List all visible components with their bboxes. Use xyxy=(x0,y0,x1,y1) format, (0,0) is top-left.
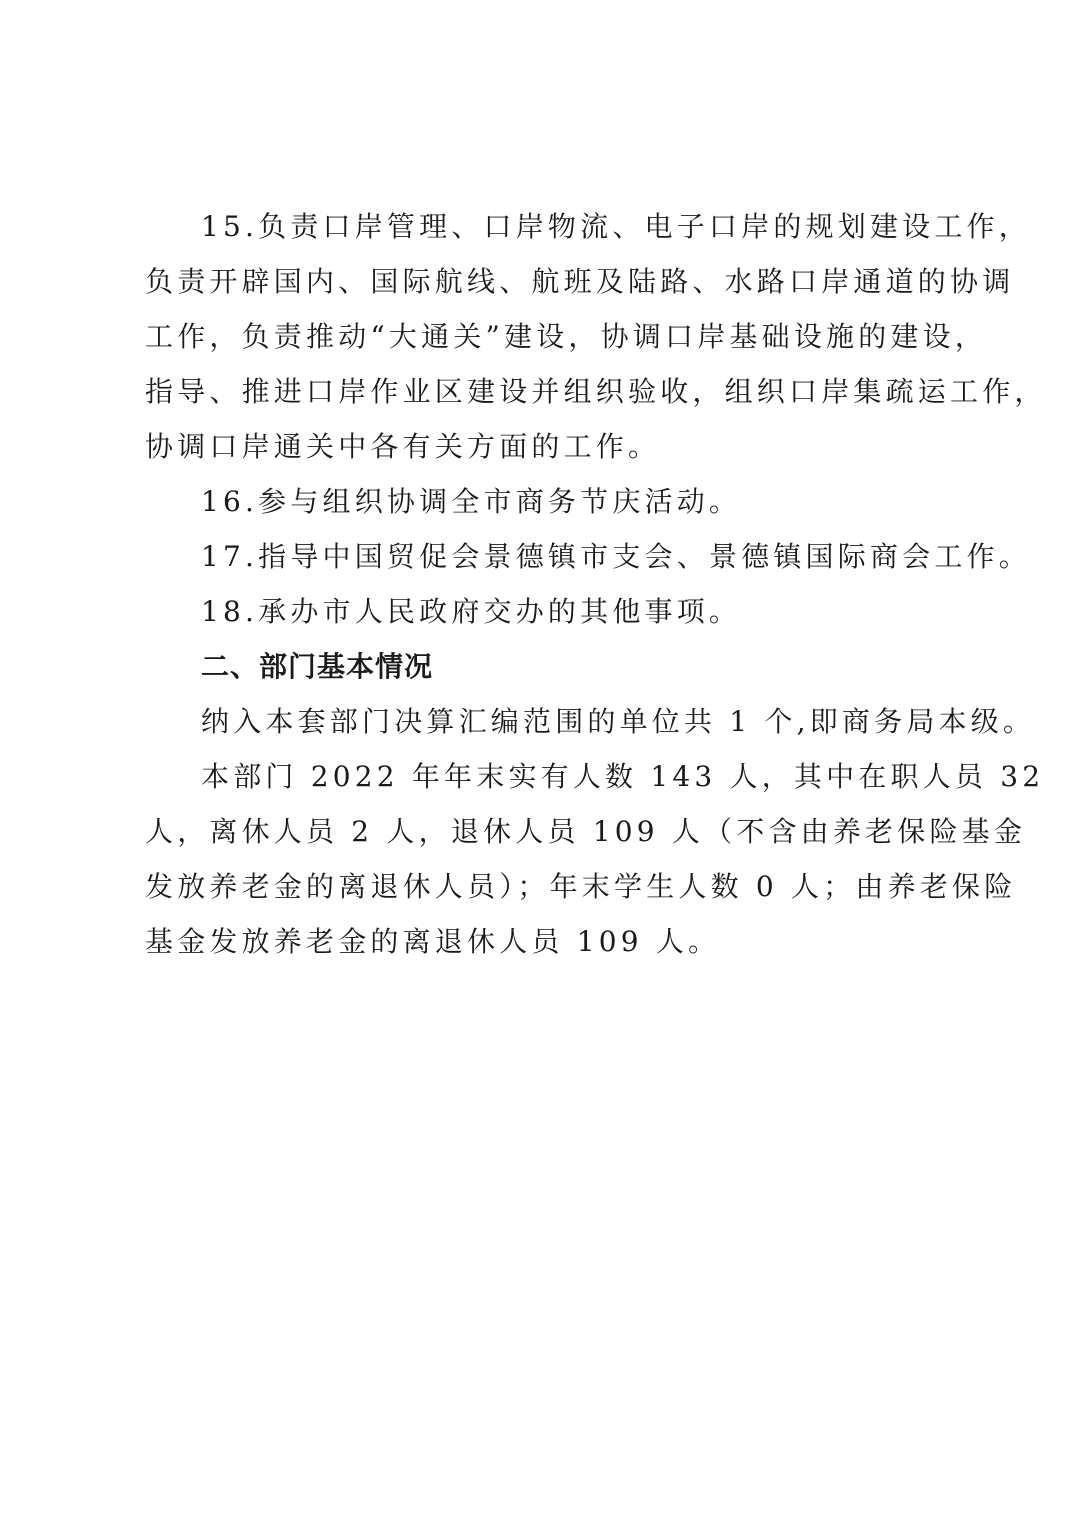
paragraph-staff-line-1: 本部门 2022 年年末实有人数 143 人，其中在职人员 32 xyxy=(201,750,1044,804)
item-15-line-2: 负责开辟国内、国际航线、航班及陆路、水路口岸通道的协调 xyxy=(145,255,1014,309)
item-15-line-3: 工作，负责推动“大通关”建设，协调口岸基础设施的建设， xyxy=(145,310,987,364)
paragraph-staff-line-3: 发放养老金的离退休人员）；年末学生人数 0 人；由养老保险 xyxy=(145,860,1016,914)
item-15-line-1: 15.负责口岸管理、口岸物流、电子口岸的规划建设工作， xyxy=(201,200,1031,254)
paragraph-staff-line-2: 人，离休人员 2 人，退休人员 109 人（不含由养老保险基金 xyxy=(145,805,1026,859)
paragraph-scope: 纳入本套部门决算汇编范围的单位共 1 个,即商务局本级。 xyxy=(201,695,1035,749)
paragraph-staff-line-4: 基金发放养老金的离退休人员 109 人。 xyxy=(145,915,720,969)
item-17: 17.指导中国贸促会景德镇市支会、景德镇国际商会工作。 xyxy=(201,530,1031,584)
item-15-line-4: 指导、推进口岸作业区建设并组织验收，组织口岸集疏运工作， xyxy=(145,365,1047,419)
item-15-line-5: 协调口岸通关中各有关方面的工作。 xyxy=(145,420,660,474)
item-18: 18.承办市人民政府交办的其他事项。 xyxy=(201,585,741,639)
section-heading-basic-info: 二、部门基本情况 xyxy=(201,640,433,694)
item-16: 16.参与组织协调全市商务节庆活动。 xyxy=(201,475,741,529)
